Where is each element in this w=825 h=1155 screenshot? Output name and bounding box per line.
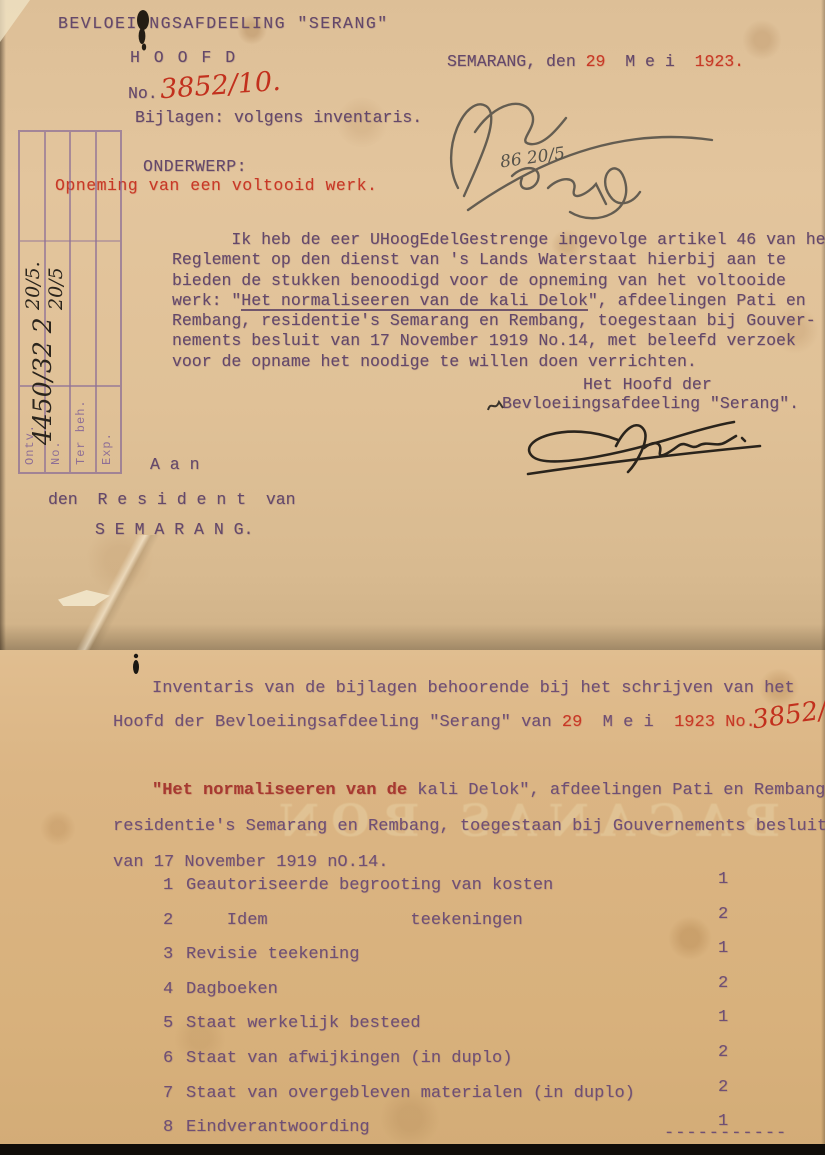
inventory-row: 5 Staat werkelijk besteed 1 xyxy=(0,1010,825,1045)
letter-body-text: Ik heb de eer UHoogEdelGestrenge ingevol… xyxy=(172,230,825,372)
bijlagen-line: Bijlagen: volgens inventaris. xyxy=(135,108,422,128)
date-day: 29 xyxy=(586,52,606,71)
inventory-row-number: 4 xyxy=(163,980,173,999)
inventory-row-label: Staat werkelijk besteed xyxy=(186,1014,421,1033)
scan-edge-bottom xyxy=(0,1144,825,1155)
dept-line: H O O F D xyxy=(130,48,237,68)
org-line: BEVLOEIINGSAFDEELING "SERANG" xyxy=(58,14,389,34)
inventory-intro-line2: Hoofd der Bevloeiingsafdeeling "Serang" … xyxy=(113,712,756,734)
inventory-row-label: Idem teekeningen xyxy=(186,911,523,930)
inventory-row-label: Staat van afwijkingen (in duplo) xyxy=(186,1049,512,1068)
inventory-row-qty: 1 xyxy=(718,1008,728,1027)
date-year: 1923. xyxy=(695,52,745,71)
inventory-intro-line1: Inventaris van de bijlagen behoorende bi… xyxy=(152,678,795,700)
intro2-day: 29 xyxy=(562,713,582,732)
date-month: M e i xyxy=(605,52,694,71)
work-title-red: "Het normaliseeren van de xyxy=(152,781,407,800)
inventory-row: 7 Staat van overgebleven materialen (in … xyxy=(0,1080,825,1115)
inventory-row-number: 5 xyxy=(163,1014,173,1033)
stamp-row-label: Exp. xyxy=(100,432,114,465)
closing-line1: Het Hoofd der xyxy=(583,375,712,395)
inventory-row-number: 7 xyxy=(163,1084,173,1103)
inventory-row-number: 3 xyxy=(163,945,173,964)
stamp-row: Exp. xyxy=(97,132,121,472)
inventory-list: 1 Geautoriseerde begrooting van kosten 1… xyxy=(0,872,825,1149)
inventory-row-label: Revisie teekening xyxy=(186,945,359,964)
date-line: SEMARANG, den 29 M e i 1923. xyxy=(447,52,744,72)
addressee-city: S E M A R A N G. xyxy=(95,520,253,540)
work-para-line3: van 17 November 1919 nO.14. xyxy=(113,852,388,874)
inventory-row: 1 Geautoriseerde begrooting van kosten 1 xyxy=(0,872,825,907)
inventory-row-number: 2 xyxy=(163,911,173,930)
inventory-row-number: 1 xyxy=(163,876,173,895)
inventory-row-label: Geautoriseerde begrooting van kosten xyxy=(186,876,553,895)
subject-label: ONDERWERP: xyxy=(143,157,247,177)
addressee-resident: den R e s i d e n t van xyxy=(48,490,296,510)
intro2-year: 1923 No. xyxy=(674,713,756,732)
scanned-letter-page: BAGANAS BON BEVLOEIINGSAFDEELING "SERANG… xyxy=(0,0,825,1155)
inventory-row: 2 Idem teekeningen 2 xyxy=(0,907,825,942)
inventory-row-qty: 2 xyxy=(718,974,728,993)
inventory-row-label: Staat van overgebleven materialen (in du… xyxy=(186,1084,635,1103)
pencil-scribble xyxy=(420,80,730,220)
number-label: No. xyxy=(128,84,158,104)
work-title-line: "Het normaliseeren van de kali Delok", a… xyxy=(152,780,825,802)
intro2-prefix: Hoofd der Bevloeiingsafdeeling "Serang" … xyxy=(113,713,562,732)
intro2-month: M e i xyxy=(582,713,674,732)
total-dashes: ----------- xyxy=(664,1124,787,1143)
staple-mark xyxy=(130,652,142,678)
inventory-row-label: Dagboeken xyxy=(186,980,278,999)
inventory-row: 3 Revisie teekening 1 xyxy=(0,941,825,976)
signature xyxy=(498,402,768,487)
inventory-row-qty: 2 xyxy=(718,1078,728,1097)
letter-body: Ik heb de eer UHoogEdelGestrenge ingevol… xyxy=(172,230,825,372)
inventory-row-label: Eindverantwoording xyxy=(186,1118,370,1137)
work-title-rest: kali Delok", afdeelingen Pati en Rembang… xyxy=(407,781,825,800)
work-para-line2: residentie's Semarang en Rembang, toeges… xyxy=(113,816,825,838)
inventory-row-qty: 1 xyxy=(718,870,728,889)
inventory-row-qty: 1 xyxy=(718,939,728,958)
inventory-row-qty: 2 xyxy=(718,1043,728,1062)
work-title-underline xyxy=(241,309,588,311)
inventory-row-qty: 2 xyxy=(718,905,728,924)
addressee-aan: A a n xyxy=(150,455,200,475)
stamp-note-large: 4450/32 2 xyxy=(28,250,95,445)
inventory-row: 6 Staat van afwijkingen (in duplo) 2 xyxy=(0,1045,825,1080)
date-place: SEMARANG, den xyxy=(447,52,586,71)
inventory-row: 4 Dagboeken 2 xyxy=(0,976,825,1011)
paper-crease xyxy=(0,535,230,650)
inventory-row-number: 8 xyxy=(163,1118,173,1137)
inventory-row-number: 6 xyxy=(163,1049,173,1068)
ink-blot xyxy=(133,8,155,52)
